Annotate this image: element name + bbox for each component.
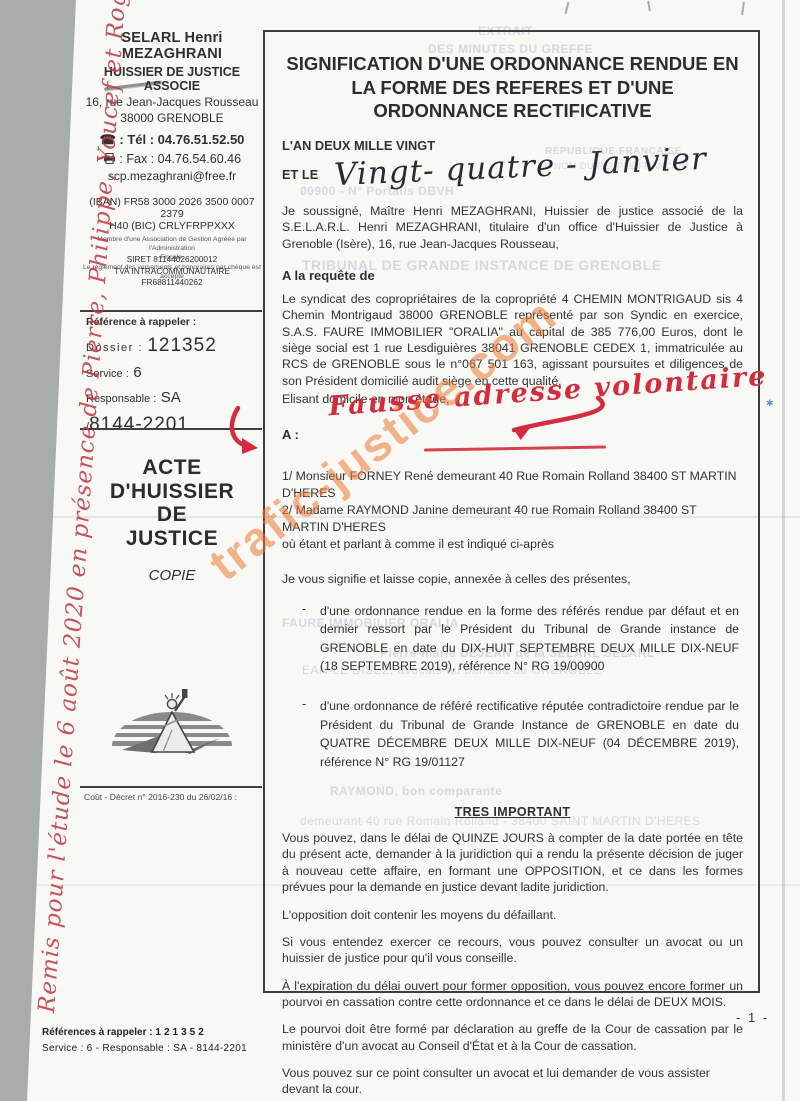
date-row: ET LE Vingt- quatre - Janvier [282,155,743,199]
fax-number: : Fax : 04.76.54.60.46 [119,152,241,166]
service-number: 6 [133,364,141,381]
ordonnance-item-2: - d'une ordonnance de référé rectificati… [282,697,743,771]
tva-number: FR68811440262 [141,277,202,287]
phone-number: : Tél : 04.76.51.52.50 [119,132,244,147]
acte-line-2: D'HUISSIER [82,480,262,504]
pen-mark [565,2,570,14]
important-para-3: Si vous entendez exercer ce recours, vou… [282,934,743,967]
bullet-dash: - [282,602,320,676]
scanned-document-page: EXTRAITDES MINUTES DU GREFFERÉPUBLIQUE F… [0,0,800,1101]
bullet-dash: - [282,697,320,771]
liberty-logo-icon [106,688,238,770]
page-number: - 1 - [736,1010,769,1025]
ordonnance-text-1: d'une ordonnance rendue en la forme des … [320,602,743,676]
ordonnance-item-1: - d'une ordonnance rendue en la forme de… [282,602,743,676]
siret-number: SIRET 81144026200012 [127,254,218,264]
important-heading: TRES IMPORTANT [282,805,743,819]
page-edge-shadow [782,0,785,1101]
cost-decree-line: Coût - Décret n° 2016-230 du 26/02/16 : [84,792,274,802]
footer-service-line: Service : 6 - Responsable : SA - 8144-22… [42,1043,247,1054]
important-para-5: Le pourvoi doit être formé par déclarati… [282,1021,743,1054]
ink-mark: ✱ [766,398,774,409]
pen-mark [647,1,651,11]
tva-label: TVA INTRACOMMUNAUTAIRE [114,266,230,276]
footer-refs-label: Références à rappeler : [42,1027,155,1038]
footer-refs-value: 121352 [155,1027,206,1038]
footer-references: Références à rappeler : 121352 [42,1027,207,1038]
red-hook-arrow-icon [224,406,268,456]
document-title: SIGNIFICATION D'UNE ORDONNANCE RENDUE EN… [282,52,743,123]
important-para-6: Vous pouvez sur ce point consulter un av… [282,1065,743,1098]
important-para-1: Vous pouvez, dans le délai de QUINZE JOU… [282,830,743,895]
defendant-note: où étant et parlant à comme il est indiq… [282,536,743,553]
fine-print-1: Membre d'une Association de Gestion Agré… [97,236,246,252]
red-curved-arrow-icon [470,392,620,452]
reference-heading: Référence à rappeler : [86,316,262,328]
acte-line-1: ACTE [82,456,262,480]
defendant-2: 2/ Madame RAYMOND Janine demeurant 40 ru… [282,502,743,536]
etle-label: ET LE [282,167,318,182]
requete-heading: A la requête de [282,268,743,283]
important-para-2: L'opposition doit contenir les moyens du… [282,907,743,923]
ordonnance-text-2: d'une ordonnance de référé rectificative… [320,697,743,771]
signification-line: Je vous signifie et laisse copie, annexé… [282,571,743,587]
dossier-number: 121352 [147,335,216,356]
divider [80,786,262,788]
important-para-4: À l'expiration du délai ouvert pour form… [282,978,743,1011]
pen-mark [741,2,745,15]
ref-number: 8144-2201 [89,414,189,435]
main-document-box: SIGNIFICATION D'UNE ORDONNANCE RENDUE EN… [263,30,760,993]
responsable-code: SA [161,389,181,406]
paragraph-intro: Je soussigné, Maître Henri MEZAGHRANI, H… [282,203,743,252]
